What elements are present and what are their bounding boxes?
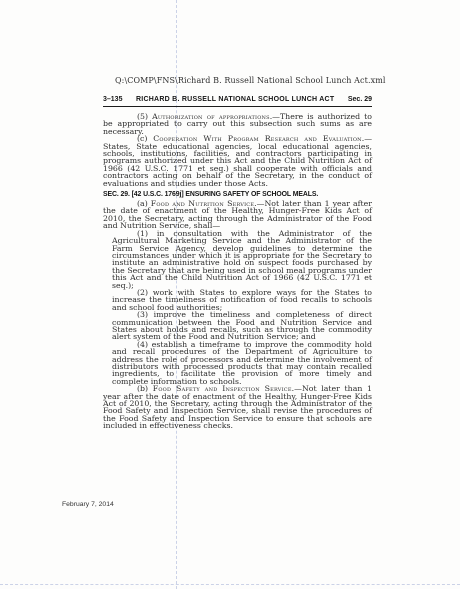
statute-paragraph: (5) Authorization of appropriations.—The… bbox=[103, 113, 372, 135]
scanned-document-page: Q:\COMP\FNS\Richard B. Russell National … bbox=[0, 0, 460, 589]
section-reference: Sec. 29 bbox=[348, 95, 372, 104]
statute-paragraph: (b) Food Safety and Inspection Service.—… bbox=[103, 385, 372, 429]
statute-paragraph: (c) Cooperation With Program Research an… bbox=[103, 135, 372, 187]
statute-paragraph: (2) work with States to explore ways for… bbox=[112, 289, 372, 311]
footer-date: February 7, 2014 bbox=[62, 501, 114, 508]
paragraph-text: (3) improve the timeliness and completen… bbox=[112, 310, 372, 341]
text-column: Q:\COMP\FNS\Richard B. Russell National … bbox=[103, 76, 372, 430]
running-head-title: RICHARD B. RUSSELL NATIONAL SCHOOL LUNCH… bbox=[136, 95, 334, 104]
page-number: 3–135 bbox=[103, 95, 122, 104]
paragraph-text: (2) work with States to explore ways for… bbox=[112, 288, 372, 312]
paragraph-text: (1) in consultation with the Administrat… bbox=[112, 229, 372, 290]
horizontal-guide-line bbox=[0, 584, 460, 585]
running-head: 3–135 RICHARD B. RUSSELL NATIONAL SCHOOL… bbox=[103, 95, 372, 107]
section-heading: SEC. 29. [42 U.S.C. 1769j] ENSURING SAFE… bbox=[103, 190, 372, 199]
statute-paragraph: (4) establish a timeframe to improve the… bbox=[112, 341, 372, 385]
document-body: (5) Authorization of appropriations.—The… bbox=[103, 113, 372, 430]
paragraph-text: .—States, State educational agencies, lo… bbox=[103, 134, 372, 187]
paragraph-text: .—Not later than 1 year after the date o… bbox=[103, 384, 372, 430]
paragraph-text: (4) establish a timeframe to improve the… bbox=[112, 340, 372, 386]
file-path-header: Q:\COMP\FNS\Richard B. Russell National … bbox=[115, 76, 372, 86]
statute-paragraph: (a) Food and Nutrition Service.—Not late… bbox=[103, 200, 372, 230]
statute-paragraph: (1) in consultation with the Administrat… bbox=[112, 230, 372, 289]
statute-paragraph: (3) improve the timeliness and completen… bbox=[112, 311, 372, 341]
